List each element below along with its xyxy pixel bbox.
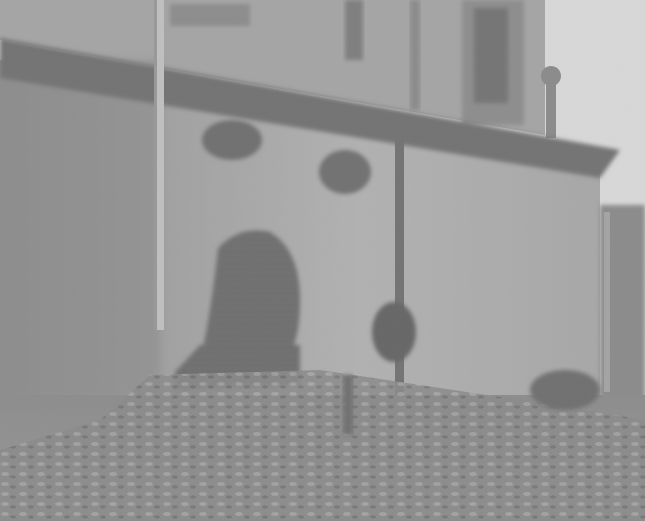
- photograph: [0, 0, 645, 521]
- damaged-wall-scene: [0, 0, 645, 521]
